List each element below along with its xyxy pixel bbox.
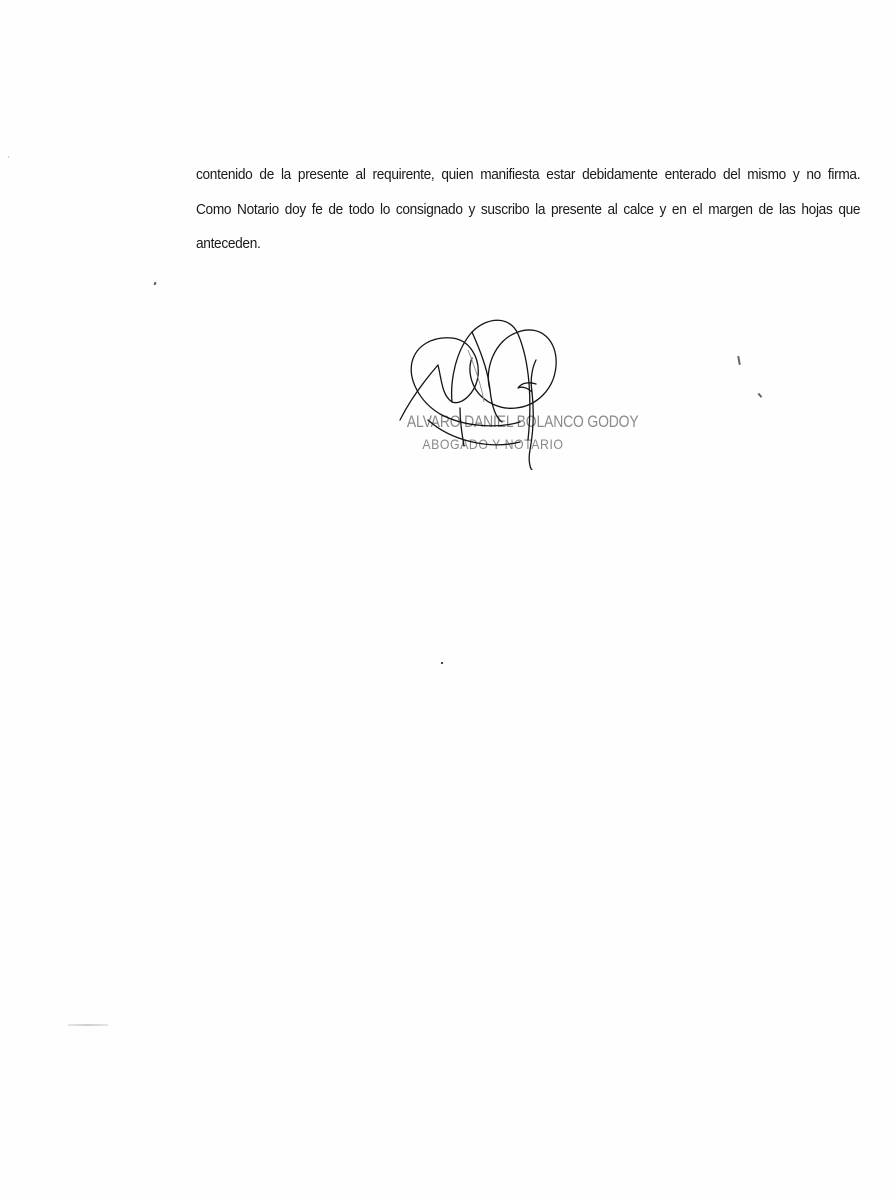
paragraph-line-3: anteceden. (196, 227, 860, 262)
paragraph-line-2: Como Notario doy fe de todo lo consignad… (196, 193, 860, 228)
notary-signature-block: ALVARO DANIEL BOLANCO GODOY ABOGADO Y NO… (380, 310, 600, 470)
scan-speck-3 (758, 393, 762, 398)
paragraph-line-1: contenido de la presente al requirente, … (196, 158, 860, 193)
scan-speck-2 (737, 356, 740, 365)
handwritten-signature-icon (380, 310, 600, 470)
document-page: contenido de la presente al requirente, … (0, 0, 896, 1200)
scan-speck-4 (441, 662, 443, 664)
scan-speck-1 (153, 282, 156, 286)
scan-speck-6 (8, 156, 9, 158)
scan-speck-5 (68, 1024, 108, 1026)
closing-paragraph: contenido de la presente al requirente, … (196, 158, 794, 262)
